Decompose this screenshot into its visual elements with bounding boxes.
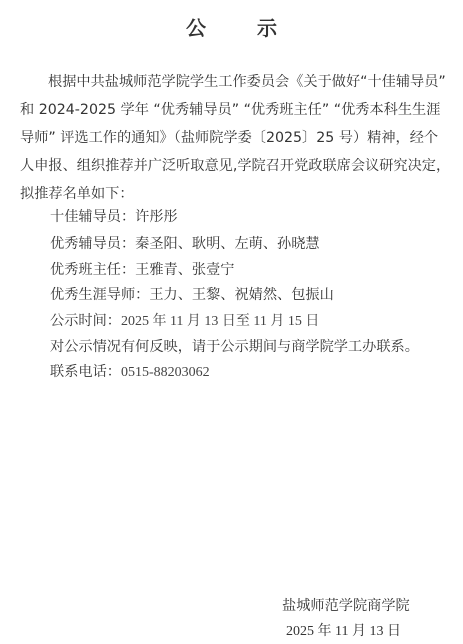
contact-phone: 联系电话：0515-88203062 xyxy=(50,360,210,385)
period-label: 公示时间： xyxy=(50,313,121,329)
paragraph-line-2: 和 2024-2025 学年 “优秀辅导员” “优秀班主任” “优秀本科生生涯 xyxy=(20,98,440,122)
signature-org: 盐城师范学院商学院 xyxy=(282,594,410,618)
nominee-names: 王雅青、张壹宁 xyxy=(135,262,234,278)
nominee-category: 优秀辅导员： xyxy=(50,236,135,252)
nominee-category: 优秀班主任： xyxy=(50,262,135,278)
paragraph-line-5: 拟推荐名单如下： xyxy=(20,182,134,206)
paragraph-line-4: 人申报、组织推荐并广泛听取意见,学院召开党政联席会议研究决定， xyxy=(20,154,450,178)
nominee-names: 王力、王黎、祝婧然、包振山 xyxy=(149,287,333,303)
period-value: 2025 年 11 月 13 日至 11 月 15 日 xyxy=(121,314,319,329)
nominee-row-excellent-counselor: 优秀辅导员：秦圣阳、耿明、左萌、孙晓慧 xyxy=(50,232,320,256)
nominee-names: 许彤彤 xyxy=(135,209,178,225)
notice-period: 公示时间：2025 年 11 月 13 日至 11 月 15 日 xyxy=(50,309,319,334)
nominee-row-career-mentor: 优秀生涯导师：王力、王黎、祝婧然、包振山 xyxy=(50,283,334,307)
nominee-names: 秦圣阳、耿明、左萌、孙晓慧 xyxy=(135,236,319,252)
contact-value: 0515-88203062 xyxy=(121,365,210,380)
nominee-category: 优秀生涯导师： xyxy=(50,287,149,303)
paragraph-line-1: 根据中共盐城师范学院学生工作委员会《关于做好“十佳辅导员” xyxy=(48,70,446,94)
signature-date: 2025 年 11 月 13 日 xyxy=(286,620,401,644)
nominee-row-class-teacher: 优秀班主任：王雅青、张壹宁 xyxy=(50,258,234,282)
nominee-category: 十佳辅导员： xyxy=(50,209,135,225)
notice-title: 公 示 xyxy=(0,12,463,41)
contact-label: 联系电话： xyxy=(50,364,121,380)
feedback-text: 对公示情况有何反映，请于公示期间与商学院学工办联系。 xyxy=(50,335,419,359)
nominee-row-top-counselor: 十佳辅导员：许彤彤 xyxy=(50,205,178,229)
paragraph-line-3: 导师” 评选工作的通知》（盐师院学委〔2025〕25 号）精神，经个 xyxy=(20,126,438,150)
